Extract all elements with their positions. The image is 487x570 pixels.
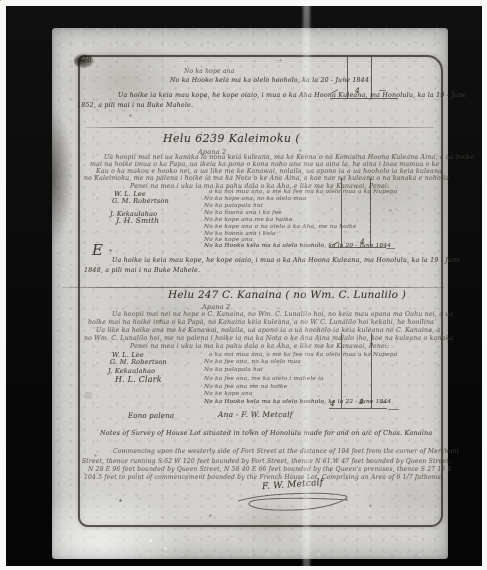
fee-line: No ka fee ana me na hoike	[204, 384, 287, 390]
ledger-column-rule	[370, 178, 371, 247]
amount-tick	[388, 409, 399, 410]
fee-line: No ka hope ana, no ka olelo mua	[204, 196, 306, 202]
section-divider	[62, 287, 445, 288]
body-line: no Wm. C. Lunalilo hoi, me na palena i h…	[84, 335, 453, 342]
closing-line: 1848, a pili mai i na Buke Mahele.	[84, 267, 200, 274]
body-line: Ua like ka hoike ana me ke Kanawai, nola…	[96, 327, 440, 334]
section-divider	[86, 127, 434, 128]
signer-name: G. M. Robertson	[112, 197, 169, 205]
surveyor-note: Eono palena	[128, 412, 174, 420]
survey-line: N 28 E 96 feet bounded by Queen Street, …	[88, 466, 452, 473]
signer-name: J. H. Smith	[116, 216, 159, 225]
amount-mark: 4	[330, 399, 335, 408]
page-number: 478	[78, 56, 92, 64]
survey-line: Commencing upon the westerly side of For…	[113, 448, 459, 455]
amount-mark: 4	[359, 397, 364, 406]
body-line: Ua hoopii mai nei na hope o C. Kanaina, …	[112, 311, 453, 318]
body-line: Ua hoopii mai nei ua kanaka la nona keia…	[104, 154, 474, 161]
carryover-fee-line: No ka hope ana	[184, 68, 234, 75]
ledger-base-rule	[329, 408, 387, 409]
fee-line: No ke kope ana o na olelo a ka Aha, me n…	[204, 224, 356, 230]
amount-tick	[386, 248, 395, 249]
amount-mark: 4	[360, 237, 365, 246]
ledger-column-rule	[341, 333, 342, 408]
signer-name: G. M. Robertson	[110, 358, 167, 366]
section-heading: Helu 247 C. Kanaina ( no Wm. C. Lunalilo…	[168, 289, 406, 301]
fee-line: No ka palapala hui	[204, 367, 263, 373]
ink-speckles	[0, 0, 1, 1]
certification-line: 1852, a pili mai i na Buke Mahele.	[77, 102, 193, 109]
body-line: mai na hoike imua o ka Papa, ua ikeia ka…	[90, 161, 439, 168]
body-line: Penei na mea i uku ia ma ka pahu dala o …	[130, 343, 389, 350]
surveyor-note: Ana - F. W. Metcalf	[218, 410, 293, 419]
amount-tick	[379, 90, 386, 91]
ledger-base-rule	[329, 247, 386, 248]
section-heading: Helu 6239 Kaleimoku (	[163, 132, 300, 145]
survey-line: Street, thence running S 62 W 120 feet b…	[82, 458, 451, 465]
body-line: hoike mai na hoike imua o ka Papa, no Ka…	[88, 319, 434, 326]
survey-title: Notes of Survey of House Lot situated in…	[100, 429, 432, 437]
fee-line: No ka fee ana, no ka olelo mua	[204, 359, 301, 365]
closing-initial: E	[92, 241, 103, 259]
body-line: no Kaleimoku, me na palena i hoike ia ma…	[84, 175, 449, 182]
signer-name: H. L. Clark	[115, 375, 162, 384]
fee-line: No ka palapala hui	[204, 203, 263, 209]
microfilm-document-scan: 478 No ka hope ana No ka Hooko kela ma k…	[0, 0, 487, 570]
certification-line: Ua hoike ia keia mau kope, he kope oiaio…	[118, 92, 466, 99]
ledger-column-rule	[371, 333, 372, 408]
fee-line: No ke kope ana me ka hoike	[204, 217, 292, 223]
carryover-fee-line: No ka Hooko kela ma ka olelo hooholo, ka…	[170, 77, 369, 84]
closing-line: Ua hoike ia keia mau kope, he kope oiaio…	[112, 257, 460, 264]
section-subheading: Apana 2	[202, 303, 230, 311]
survey-line: 104.5 feet to point of commencement boun…	[84, 474, 443, 481]
fee-line: No ke kope ana	[204, 391, 253, 397]
ledger-column-rule	[341, 178, 342, 247]
signature-flourish	[234, 489, 354, 513]
fee-line: No ka hoona ana i ka fee	[204, 210, 282, 216]
body-line: Kau o ka makou e hooko nei, a ua like me…	[96, 168, 442, 175]
fold-streak	[303, 0, 310, 570]
signer-name: J. Kekaulahao	[108, 367, 155, 375]
amount-tick	[381, 402, 387, 403]
